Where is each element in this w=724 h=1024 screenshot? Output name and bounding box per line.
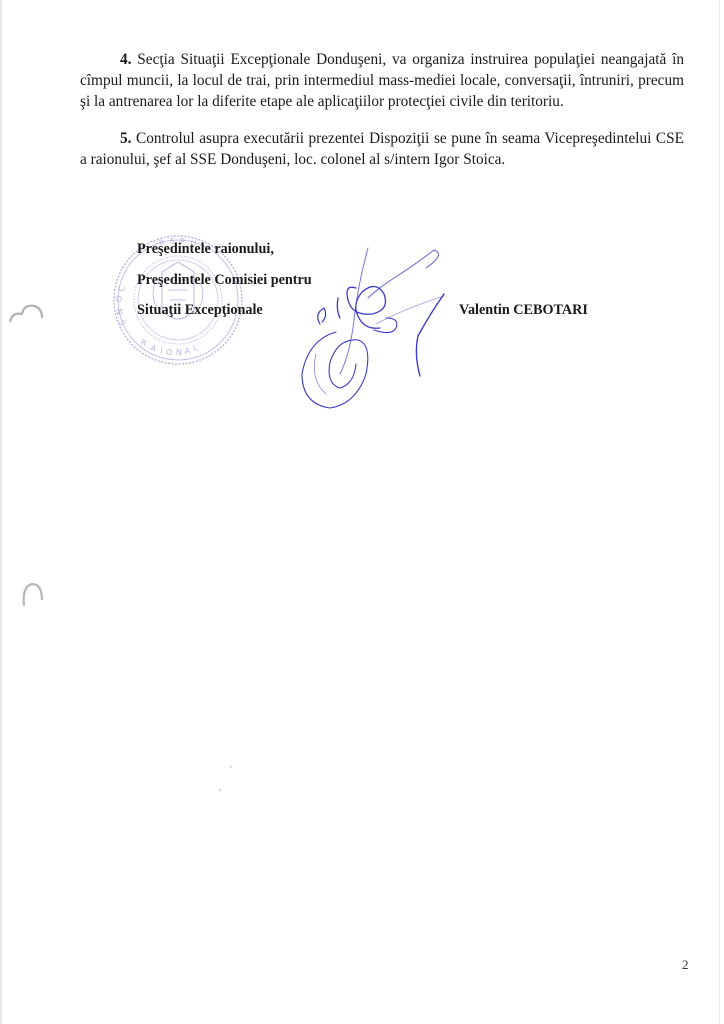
paragraph-5: 5. Controlul asupra executării prezentei…	[80, 128, 684, 170]
svg-text:A: A	[184, 346, 191, 356]
paragraph-5-text: Controlul asupra executării prezentei Di…	[80, 130, 684, 168]
signatory-title-exceptional-situations: Situaţii Excepţionale	[137, 302, 263, 319]
paragraph-5-number: 5.	[120, 130, 131, 147]
svg-text:S: S	[118, 319, 128, 327]
svg-text:O: O	[166, 348, 172, 357]
scan-speck	[230, 766, 232, 768]
punch-hole-mark-icon	[20, 580, 46, 610]
svg-text:O: O	[115, 296, 124, 302]
scan-speck	[219, 789, 221, 791]
svg-text:N: N	[176, 348, 182, 357]
scan-edge-left	[0, 0, 2, 1024]
scan-edge-right	[719, 0, 720, 1024]
paragraph-4-number: 4.	[120, 51, 131, 68]
signatory-title-president: Preşedintele raionului,	[137, 241, 274, 258]
svg-text:I: I	[160, 346, 164, 355]
svg-text:C: C	[117, 285, 127, 292]
signatory-title-commission: Preşedintele Comisiei pentru	[137, 272, 312, 289]
svg-text:L: L	[192, 343, 199, 353]
svg-text:A: A	[149, 343, 157, 353]
svg-text:N: N	[115, 308, 125, 315]
paragraph-4-text: Secţia Situaţii Excepţionale Donduşeni, …	[80, 51, 684, 110]
signer-name: Valentin CEBOTARI	[459, 302, 588, 319]
paragraph-4: 4. Secţia Situaţii Excepţionale Donduşen…	[80, 49, 684, 112]
handwritten-signature-icon	[296, 244, 456, 414]
punch-hole-mark-icon	[6, 302, 46, 324]
page-number: 2	[682, 957, 689, 973]
